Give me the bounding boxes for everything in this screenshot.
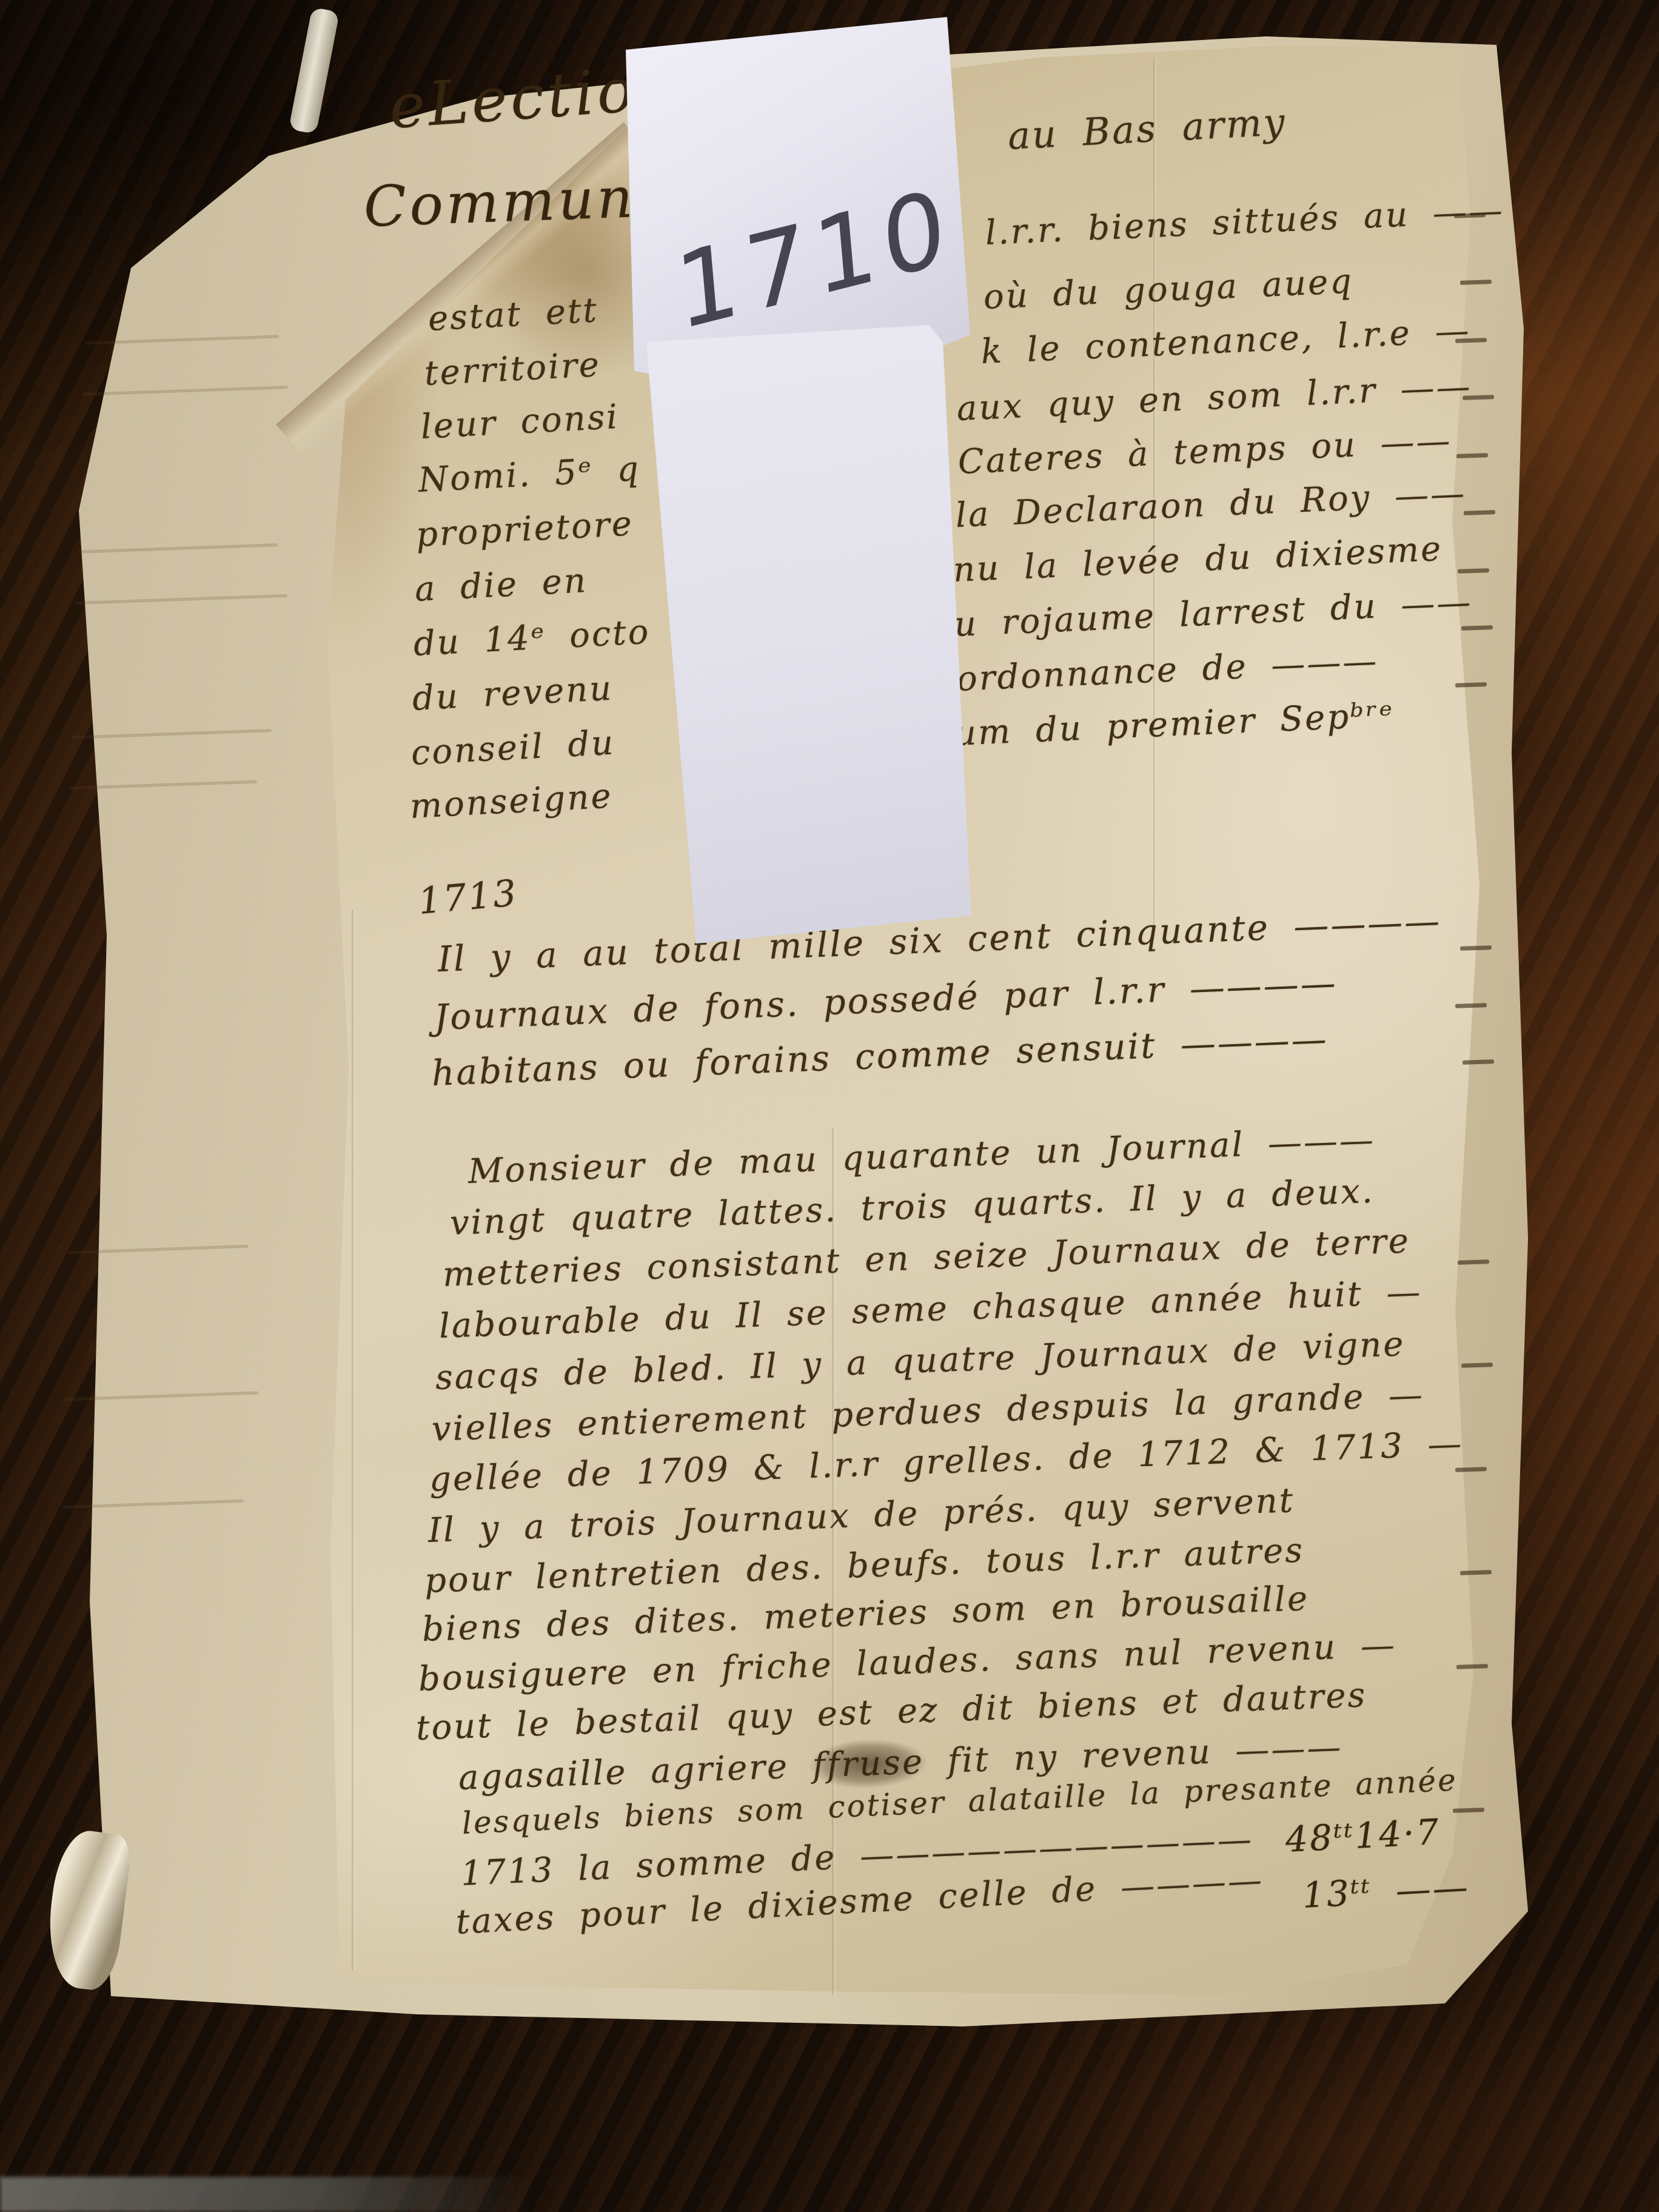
somme-amount: 48ᵗᵗ14·7 <box>1284 1811 1441 1860</box>
photo-of-manuscript: eLection au Bas army Communau l.r.r. bie… <box>0 0 1659 2212</box>
year-note: 1713 <box>417 872 520 923</box>
scribbled-out-word: ffruse <box>812 1742 925 1785</box>
table-edge-highlight <box>0 2177 534 2212</box>
dixiesme-amount: 13ᵗᵗ —— <box>1301 1866 1470 1916</box>
vertical-crease <box>352 910 355 1971</box>
